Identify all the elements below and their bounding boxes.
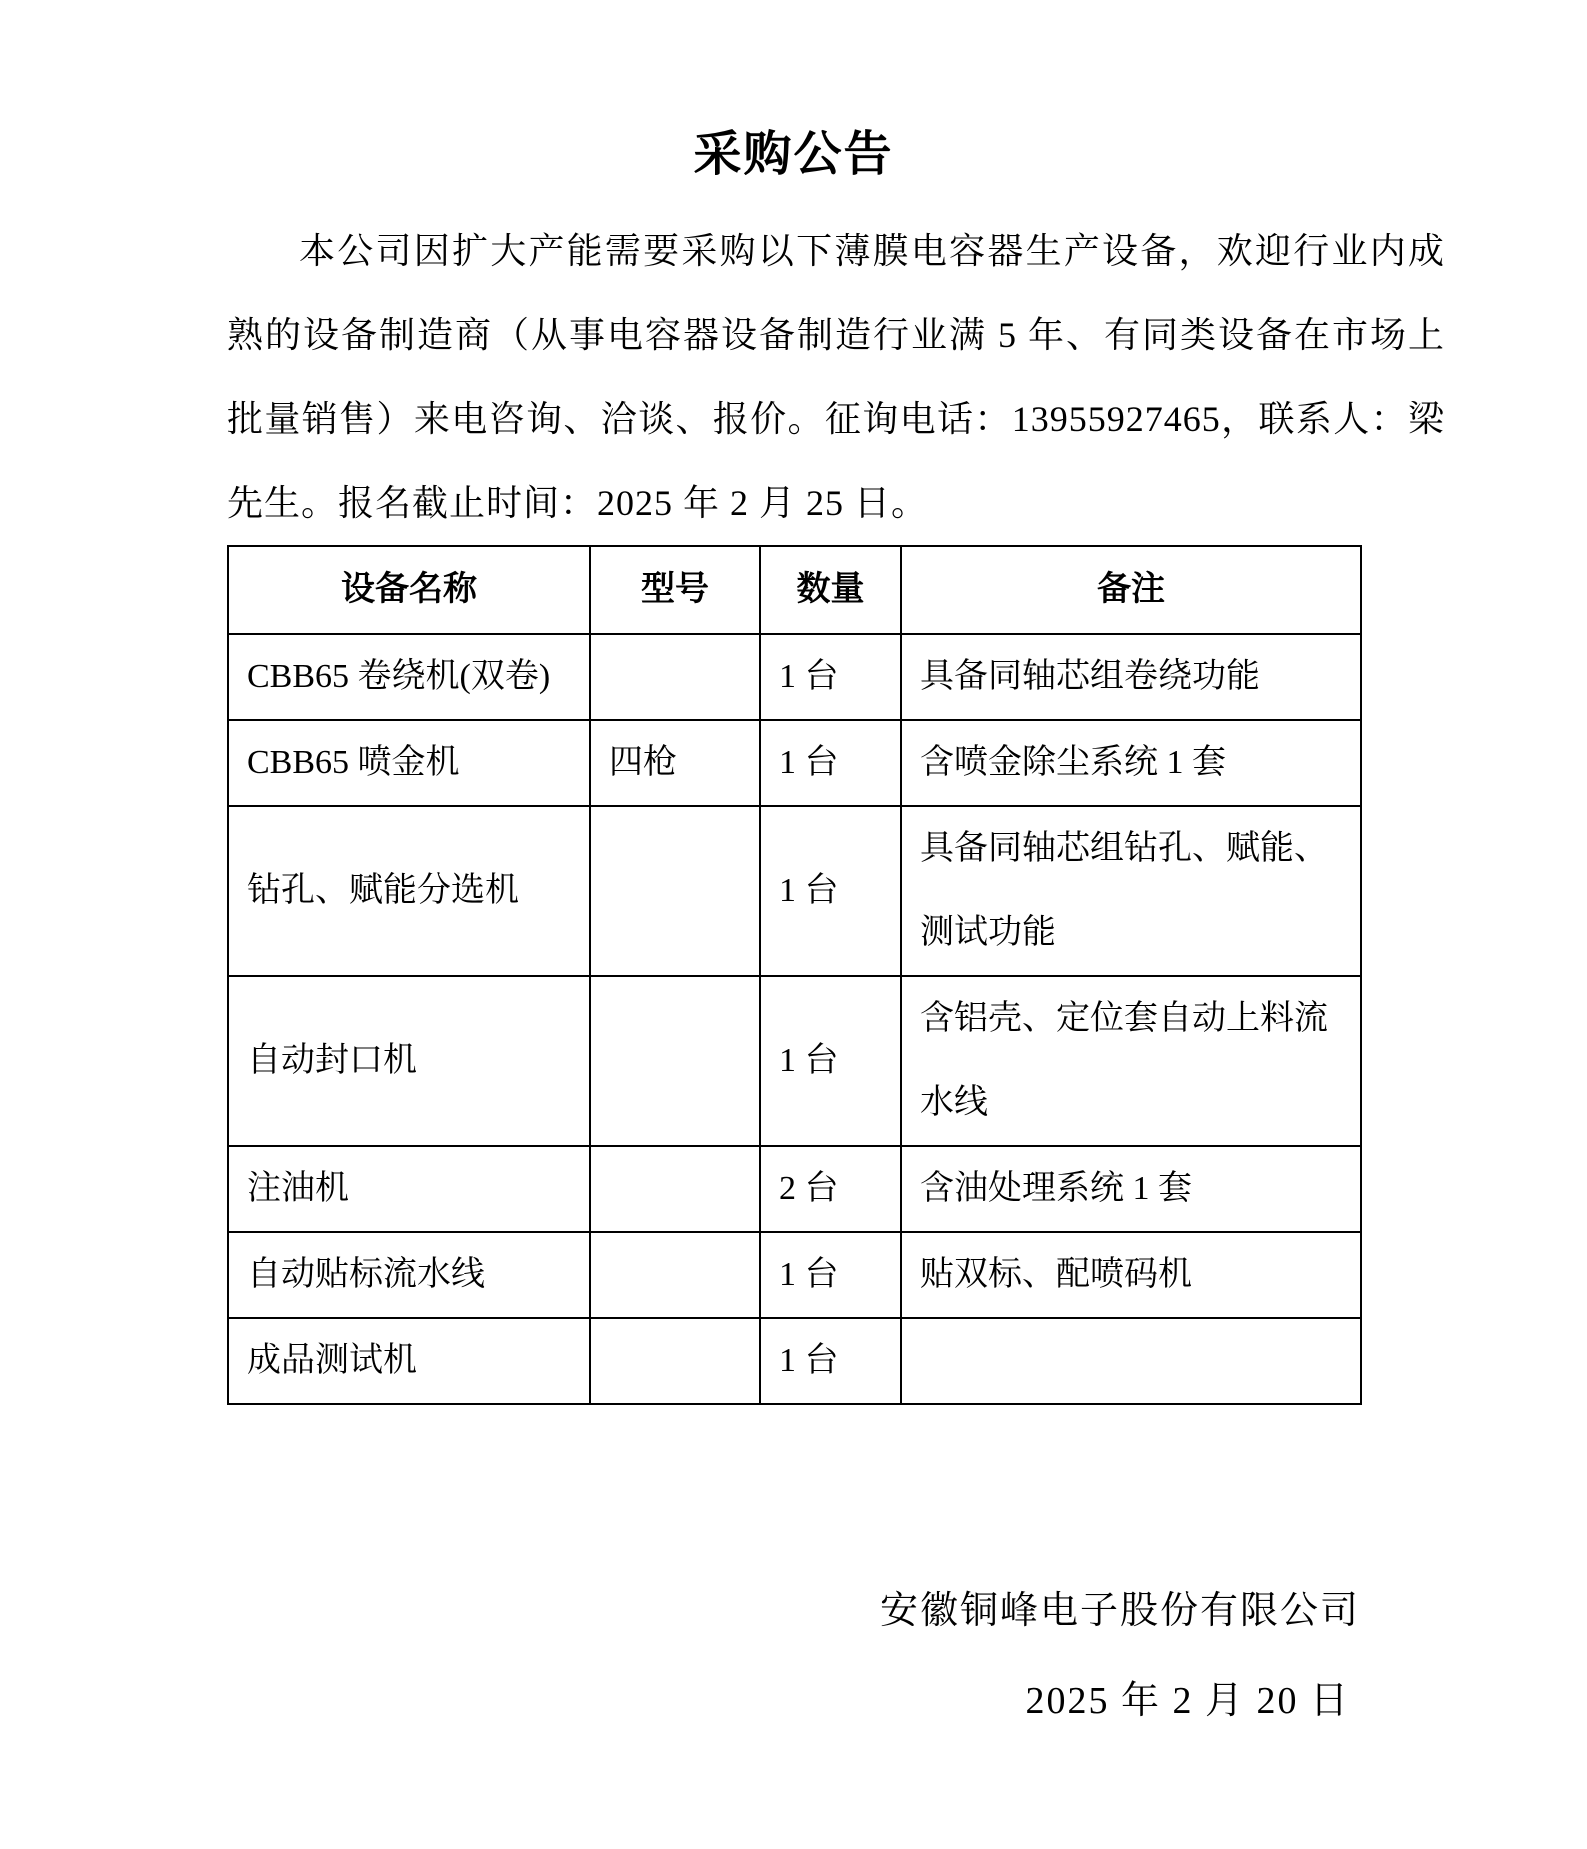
table-cell-quantity: 2 台 [760, 1146, 901, 1232]
table-row: CBB65 卷绕机(双卷)1 台具备同轴芯组卷绕功能 [228, 634, 1361, 720]
table-cell-model: 四枪 [590, 720, 760, 806]
table-row: 钻孔、赋能分选机1 台具备同轴芯组钻孔、赋能、测试功能 [228, 806, 1361, 976]
table-row: 成品测试机1 台 [228, 1318, 1361, 1404]
table-cell-name: CBB65 卷绕机(双卷) [228, 634, 590, 720]
table-header-cell: 设备名称 [228, 546, 590, 634]
table-cell-model [590, 1318, 760, 1404]
table-cell-name: 自动封口机 [228, 976, 590, 1146]
table-cell-model [590, 1146, 760, 1232]
table-header-row: 设备名称型号数量备注 [228, 546, 1361, 634]
table-cell-name: 注油机 [228, 1146, 590, 1232]
table-body: CBB65 卷绕机(双卷)1 台具备同轴芯组卷绕功能CBB65 喷金机四枪1 台… [228, 634, 1361, 1404]
signature-block: 安徽铜峰电子股份有限公司 2025 年 2 月 20 日 [227, 1585, 1360, 1727]
table-cell-remark: 含喷金除尘系统 1 套 [901, 720, 1361, 806]
page-title: 采购公告 [227, 125, 1360, 185]
table-cell-model [590, 634, 760, 720]
equipment-table: 设备名称型号数量备注 CBB65 卷绕机(双卷)1 台具备同轴芯组卷绕功能CBB… [227, 545, 1362, 1405]
table-cell-quantity: 1 台 [760, 1318, 901, 1404]
signature-date: 2025 年 2 月 20 日 [227, 1675, 1360, 1727]
table-cell-remark: 具备同轴芯组钻孔、赋能、测试功能 [901, 806, 1361, 976]
table-cell-quantity: 1 台 [760, 806, 901, 976]
signature-company: 安徽铜峰电子股份有限公司 [227, 1585, 1360, 1637]
table-cell-name: 自动贴标流水线 [228, 1232, 590, 1318]
table-cell-name: CBB65 喷金机 [228, 720, 590, 806]
table-cell-quantity: 1 台 [760, 976, 901, 1146]
table-row: CBB65 喷金机四枪1 台含喷金除尘系统 1 套 [228, 720, 1361, 806]
intro-paragraph: 本公司因扩大产能需要采购以下薄膜电容器生产设备，欢迎行业内成熟的设备制造商（从事… [227, 209, 1445, 545]
document-page: 采购公告 本公司因扩大产能需要采购以下薄膜电容器生产设备，欢迎行业内成熟的设备制… [0, 0, 1587, 1849]
table-cell-remark: 具备同轴芯组卷绕功能 [901, 634, 1361, 720]
table-cell-remark: 含油处理系统 1 套 [901, 1146, 1361, 1232]
table-header-cell: 型号 [590, 546, 760, 634]
table-row: 注油机2 台含油处理系统 1 套 [228, 1146, 1361, 1232]
table-cell-remark [901, 1318, 1361, 1404]
table-cell-quantity: 1 台 [760, 1232, 901, 1318]
table-cell-name: 钻孔、赋能分选机 [228, 806, 590, 976]
table-cell-remark: 贴双标、配喷码机 [901, 1232, 1361, 1318]
table-cell-model [590, 976, 760, 1146]
table-row: 自动贴标流水线1 台贴双标、配喷码机 [228, 1232, 1361, 1318]
table-cell-model [590, 1232, 760, 1318]
table-cell-quantity: 1 台 [760, 634, 901, 720]
table-header-cell: 数量 [760, 546, 901, 634]
table-row: 自动封口机1 台含铝壳、定位套自动上料流水线 [228, 976, 1361, 1146]
table-header-cell: 备注 [901, 546, 1361, 634]
table-cell-model [590, 806, 760, 976]
table-cell-remark: 含铝壳、定位套自动上料流水线 [901, 976, 1361, 1146]
table-cell-name: 成品测试机 [228, 1318, 590, 1404]
table-cell-quantity: 1 台 [760, 720, 901, 806]
